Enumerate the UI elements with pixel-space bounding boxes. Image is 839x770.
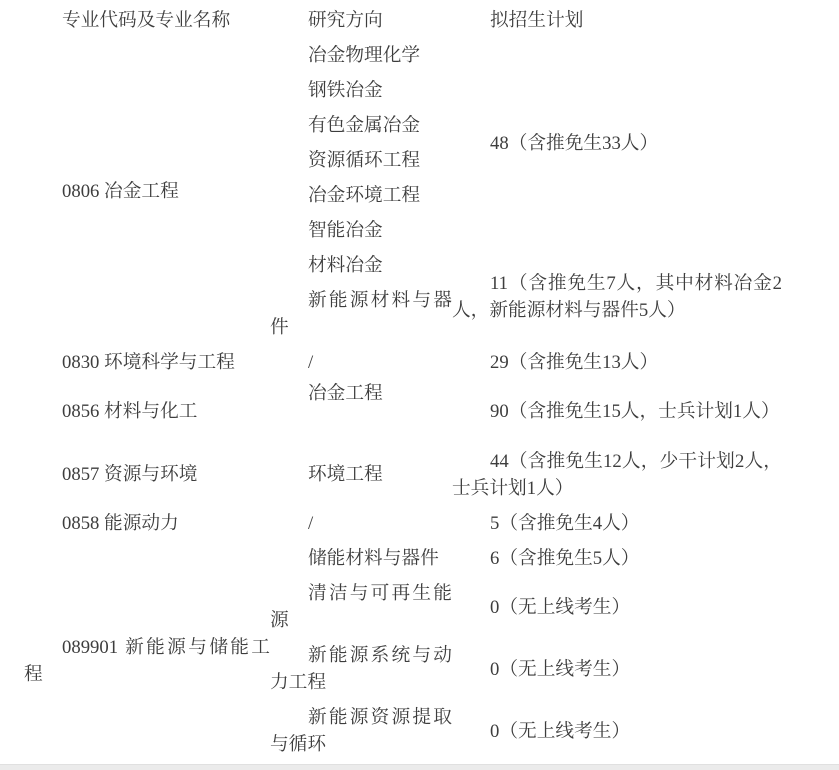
- direction-cell: 冶金物理化学: [270, 38, 452, 73]
- program-cell: 089901 新能源与储能工程: [24, 550, 270, 770]
- program-cell: 0830 环境科学与工程: [24, 345, 270, 380]
- plan-cell: 0（无上线考生）: [452, 576, 782, 638]
- plan-cell: 44（含推免生12人，少干计划2人，士兵计划1人）: [452, 443, 782, 506]
- plan-cell: 0（无上线考生）: [452, 700, 782, 762]
- plan-cell: 11（含推免生7人，其中材料冶金2人，新能源材料与器件5人）: [452, 248, 782, 345]
- page-bottom-bar: [0, 764, 839, 770]
- table-header-row: 专业代码及专业名称 研究方向 拟招生计划: [24, 3, 782, 38]
- direction-cell: /: [270, 506, 452, 541]
- plan-cell: 0（无上线考生）: [452, 638, 782, 700]
- direction-cell: 冶金环境工程: [270, 178, 452, 213]
- direction-cell: 有色金属冶金: [270, 108, 452, 143]
- direction-cell: 新能源系统与动力工程: [270, 638, 452, 700]
- table-row: 0806 冶金工程冶金物理化学48（含推免生33人）: [24, 38, 782, 73]
- direction-cell: 冶金工程: [270, 362, 452, 425]
- table-row: 0858 能源动力/5（含推免生4人）: [24, 506, 782, 541]
- program-cell: 0857 资源与环境: [24, 443, 270, 506]
- plan-cell: 90（含推免生15人，士兵计划1人）: [452, 380, 782, 443]
- direction-cell: 材料冶金: [270, 248, 452, 283]
- direction-cell: 新能源资源提取与循环: [270, 700, 452, 762]
- program-cell: 0856 材料与化工: [24, 380, 270, 443]
- plan-cell: 5（含推免生4人）: [452, 506, 782, 541]
- direction-cell: 清洁与可再生能源: [270, 576, 452, 638]
- direction-cell: 资源循环工程: [270, 143, 452, 178]
- table-row: 0857 资源与环境环境工程44（含推免生12人，少干计划2人，士兵计划1人）: [24, 443, 782, 506]
- direction-cell: 智能冶金: [270, 213, 452, 248]
- direction-cell: 环境工程: [270, 443, 452, 506]
- program-cell: 0806 冶金工程: [24, 38, 270, 345]
- program-cell: 0858 能源动力: [24, 506, 270, 541]
- table-row: 0856 材料与化工冶金工程90（含推免生15人，士兵计划1人）: [24, 380, 782, 443]
- plan-cell: 48（含推免生33人）: [452, 38, 782, 248]
- header-enrollment-plan: 拟招生计划: [452, 3, 782, 38]
- header-program-code-name: 专业代码及专业名称: [24, 3, 270, 38]
- direction-cell: 储能材料与器件: [270, 541, 452, 576]
- plan-cell: 29（含推免生13人）: [452, 345, 782, 380]
- direction-cell: 新能源材料与器件: [270, 283, 452, 345]
- plan-cell: 6（含推免生5人）: [452, 541, 782, 576]
- direction-cell: 钢铁冶金: [270, 73, 452, 108]
- header-research-direction: 研究方向: [270, 3, 452, 38]
- enrollment-plan-table: 专业代码及专业名称 研究方向 拟招生计划 0806 冶金工程冶金物理化学48（含…: [24, 3, 782, 762]
- table-row: 089901 新能源与储能工程储能材料与器件6（含推免生5人）: [24, 541, 782, 576]
